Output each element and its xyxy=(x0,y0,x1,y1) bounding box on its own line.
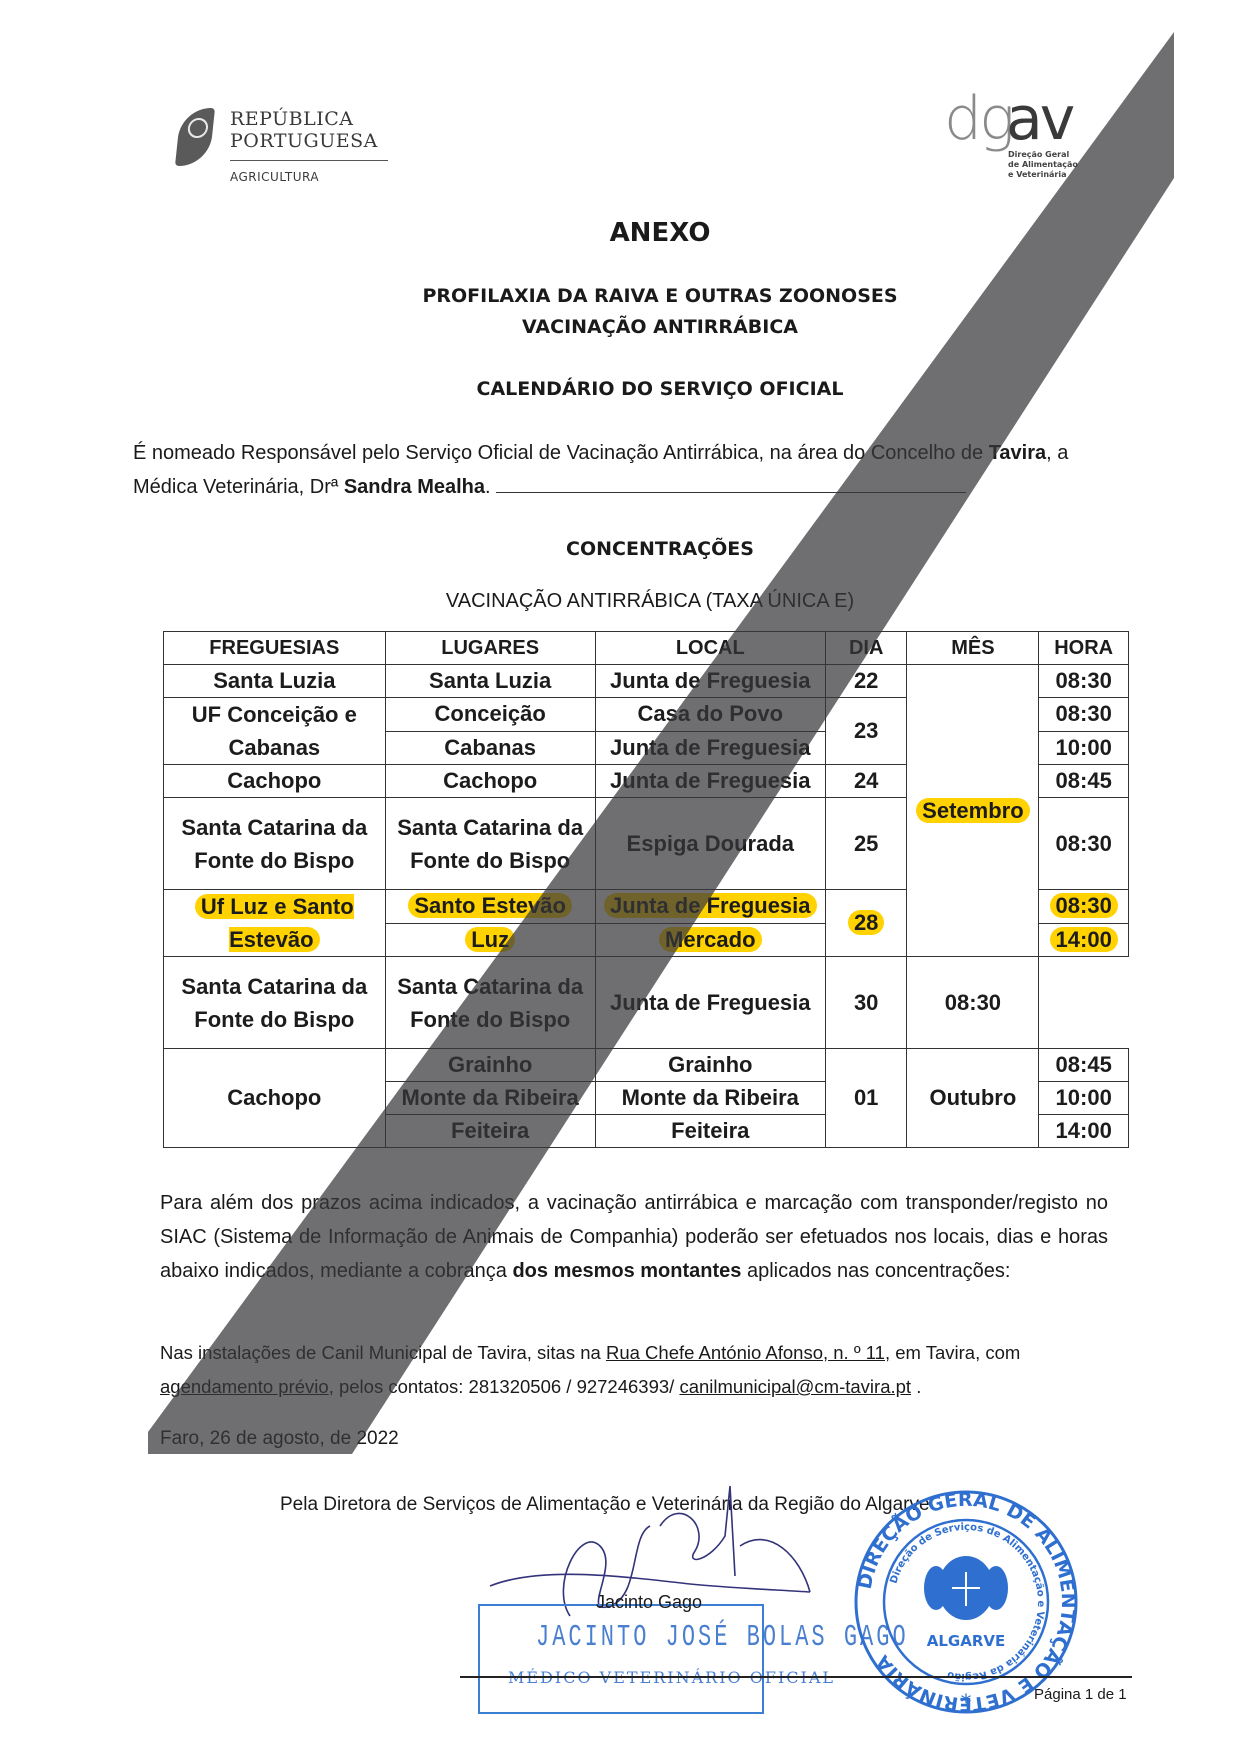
highlight: Setembro xyxy=(916,798,1029,823)
highlight: 08:30 xyxy=(1050,893,1118,918)
appointment-text: agendamento prévio xyxy=(160,1376,329,1397)
blank-line xyxy=(496,472,966,493)
kennel-info-paragraph: Nas instalações de Canil Municipal de Ta… xyxy=(160,1336,1120,1404)
coat-of-arms-icon xyxy=(175,108,215,166)
table-row: Santa Catarina da Fonte do Bispo Santa C… xyxy=(164,957,1129,1049)
signer-name: Jacinto Gago xyxy=(596,1592,702,1613)
highlight: Santo Estevão xyxy=(408,893,572,918)
svg-text:*: * xyxy=(961,1691,972,1716)
document-date: Faro, 26 de agosto, de 2022 xyxy=(160,1428,399,1450)
highlight: 14:00 xyxy=(1050,927,1118,952)
svg-text:ALGARVE: ALGARVE xyxy=(927,1632,1006,1650)
title-calendario: CALENDÁRIO DO SERVIÇO OFICIAL xyxy=(0,378,1240,400)
section-title: CONCENTRAÇÕES xyxy=(0,538,1240,560)
vaccination-schedule-table: FREGUESIAS LUGARES LOCAL DIA MÊS HORA Sa… xyxy=(163,631,1129,1148)
intro-paragraph: É nomeado Responsável pelo Serviço Ofici… xyxy=(133,436,1113,504)
highlight: Uf Luz e Santo Estevão xyxy=(195,894,354,952)
official-seal-icon: DIREÇÃO GERAL DE ALIMENTAÇÃO E VETERINÁR… xyxy=(852,1488,1080,1716)
page-number: Página 1 de 1 xyxy=(1034,1686,1127,1703)
table-row: Santa Luzia Santa Luzia Junta de Fregues… xyxy=(164,665,1129,698)
additional-info-paragraph: Para além dos prazos acima indicados, a … xyxy=(160,1186,1108,1288)
dgav-logo: dg av Direção Geral de Alimentação e Vet… xyxy=(944,102,1104,192)
table-row: Cachopo Grainho Grainho 01 Outubro 08:45 xyxy=(164,1049,1129,1082)
stamp-title: MÉDICO VETERINÁRIO OFICIAL xyxy=(508,1668,835,1687)
document-page: REPÚBLICA PORTUGUESA AGRICULTURA dg av D… xyxy=(0,0,1240,1754)
title-profilaxia: PROFILAXIA DA RAIVA E OUTRAS ZOONOSES xyxy=(0,285,1240,307)
footer-divider xyxy=(460,1676,1132,1678)
month-cell: Setembro xyxy=(907,665,1039,957)
highlight: 28 xyxy=(848,910,884,935)
highlight: Luz xyxy=(465,927,515,952)
table-header-row: FREGUESIAS LUGARES LOCAL DIA MÊS HORA xyxy=(164,632,1129,665)
title-anexo: ANEXO xyxy=(0,218,1240,248)
address: Rua Chefe António Afonso, n. º 11, xyxy=(606,1342,890,1363)
title-vacinacao: VACINAÇÃO ANTIRRÁBICA xyxy=(0,316,1240,338)
email-link[interactable]: canilmunicipal@cm-tavira.pt xyxy=(679,1376,911,1397)
highlight: Mercado xyxy=(659,927,761,952)
municipality: Tavira xyxy=(989,442,1046,464)
republica-portuguesa-logo: REPÚBLICA PORTUGUESA AGRICULTURA xyxy=(178,104,398,184)
logo-divider xyxy=(230,160,388,161)
ministry-name: AGRICULTURA xyxy=(230,170,319,184)
highlight: Junta de Freguesia xyxy=(604,893,817,918)
vet-name: Sandra Mealha xyxy=(344,476,485,498)
kennel-name: Canil Municipal de Tavira xyxy=(321,1342,526,1363)
section-subtitle: VACINAÇÃO ANTIRRÁBICA (TAXA ÚNICA E) xyxy=(0,590,1240,613)
